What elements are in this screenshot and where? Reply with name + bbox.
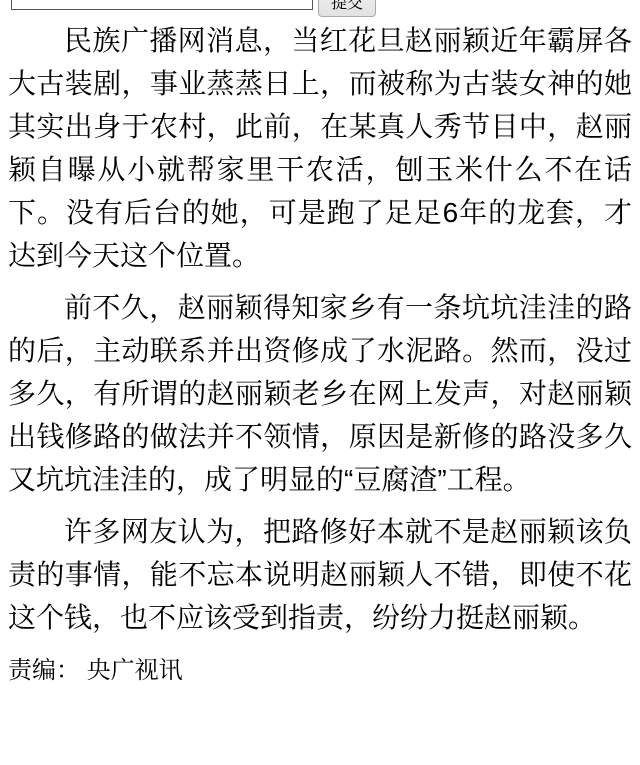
submit-button[interactable]: 提交 [318,0,376,17]
comment-form: 提交 [0,0,640,17]
article-body: 民族广播网消息，当红花旦赵丽颖近年霸屏各大古装剧，事业蒸蒸日上，而被称为古装女神… [0,17,640,687]
article-paragraph-3: 许多网友认为，把路修好本就不是赵丽颖该负责的事情，能不忘本说明赵丽颖人不错，即使… [8,510,632,639]
text-input[interactable] [11,0,313,10]
article-paragraph-1: 民族广播网消息，当红花旦赵丽颖近年霸屏各大古装剧，事业蒸蒸日上，而被称为古装女神… [8,19,632,277]
article-paragraph-2: 前不久，赵丽颖得知家乡有一条坑坑洼洼的路的后，主动联系并出资修成了水泥路。然而，… [8,286,632,501]
editor-credit: 责编： 央广视讯 [8,655,632,687]
